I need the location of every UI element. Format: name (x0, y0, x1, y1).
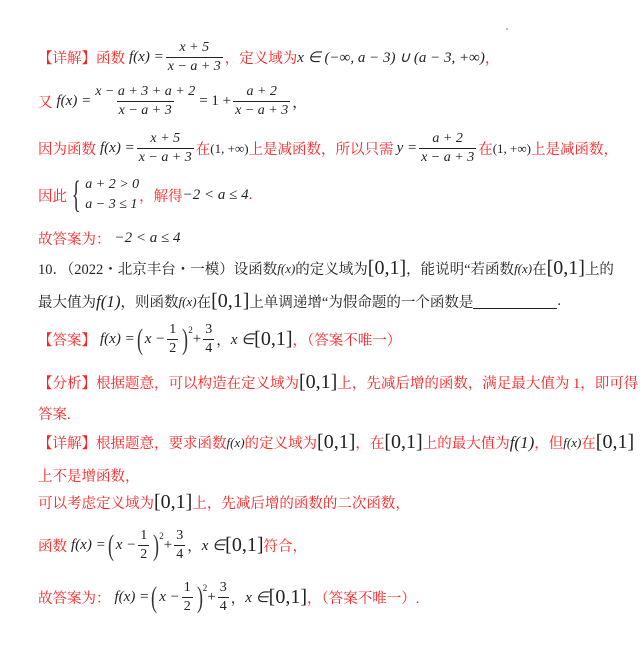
paren-open-icon: ( (108, 531, 114, 561)
fraction: a + 2x − a + 3 (419, 131, 476, 166)
fraction: a + 2x − a + 3 (233, 84, 290, 119)
fraction: x − a + 3 + a + 2x − a + 3 (93, 84, 197, 119)
fraction: x + 5x − a + 3 (137, 131, 194, 166)
fraction: 12 (182, 580, 193, 615)
detail2-line-2: 上不是增函数， (38, 465, 140, 486)
fraction: 34 (203, 322, 214, 357)
fraction: 34 (174, 528, 185, 563)
stray-mark (506, 28, 508, 30)
detail2-line-1: 【详解】 根据题意，要求函数 f(x) 的定义域为 [0,1] ，在 [0,1]… (38, 431, 634, 454)
detail-tag: 【详解】 (38, 47, 96, 68)
detail-line-system: 因此 { a + 2 > 0 a − 3 ≤ 1 ，解得 −2 < a ≤ 4 … (38, 175, 252, 215)
fraction: x + 5x − a + 3 (166, 40, 223, 75)
analysis-line-1: 【分析】 根据题意，可以构造在定义域为 [0,1] 上，先减后增的函数，满足最大… (38, 371, 638, 394)
fraction: 12 (167, 322, 178, 357)
detail2-line-5: 故答案为： f(x) = ( x − 12 ) 2 + 34 ， x ∈ [0,… (38, 580, 419, 615)
answer-line-a: 故答案为： −2 < a ≤ 4 (38, 228, 180, 249)
detail2-line-3: 可以考虑定义域为 [0,1] 上，先减后增的函数的二次函数， (38, 491, 410, 514)
question-line-2: 最大值为 f(1) ，则函数 f(x) 在 [0,1] 上单调递增“为假命题的一… (38, 290, 561, 313)
question-line-1: 10．（2022・北京丰台・一模）设函数 f(x) 的定义域为 [0,1] ，能… (38, 257, 614, 280)
analysis-tag: 【分析】 (38, 372, 96, 393)
answer-line: 【答案】 f(x) = ( x − 12 ) 2 + 34 ， x ∈ [0,1… (38, 322, 401, 357)
analysis-line-2: 答案. (38, 403, 71, 424)
paren-open-icon: ( (137, 325, 143, 355)
detail-line-decreasing: 因为函数 f(x) = x + 5x − a + 3 在 (1, +∞) 上是减… (38, 131, 618, 166)
brace-icon: { (72, 176, 81, 214)
inequality-system: { a + 2 > 0 a − 3 ≤ 1 (67, 175, 139, 215)
detail2-tag: 【详解】 (38, 432, 96, 453)
detail-line-domain: 【详解】 函数 f(x) = x + 5x − a + 3 ，定义域为 x ∈ … (38, 40, 499, 75)
paren-open-icon: ( (151, 583, 157, 613)
fraction: 34 (218, 580, 229, 615)
fraction: 12 (138, 528, 149, 563)
detail2-line-4: 函数 f(x) = ( x − 12 ) 2 + 34 ， x ∈ [0,1] … (38, 528, 307, 563)
answer-tag: 【答案】 (38, 329, 96, 350)
answer-blank (473, 294, 557, 309)
detail-line-rewrite: 又 f(x) = x − a + 3 + a + 2x − a + 3 = 1 … (38, 84, 307, 119)
